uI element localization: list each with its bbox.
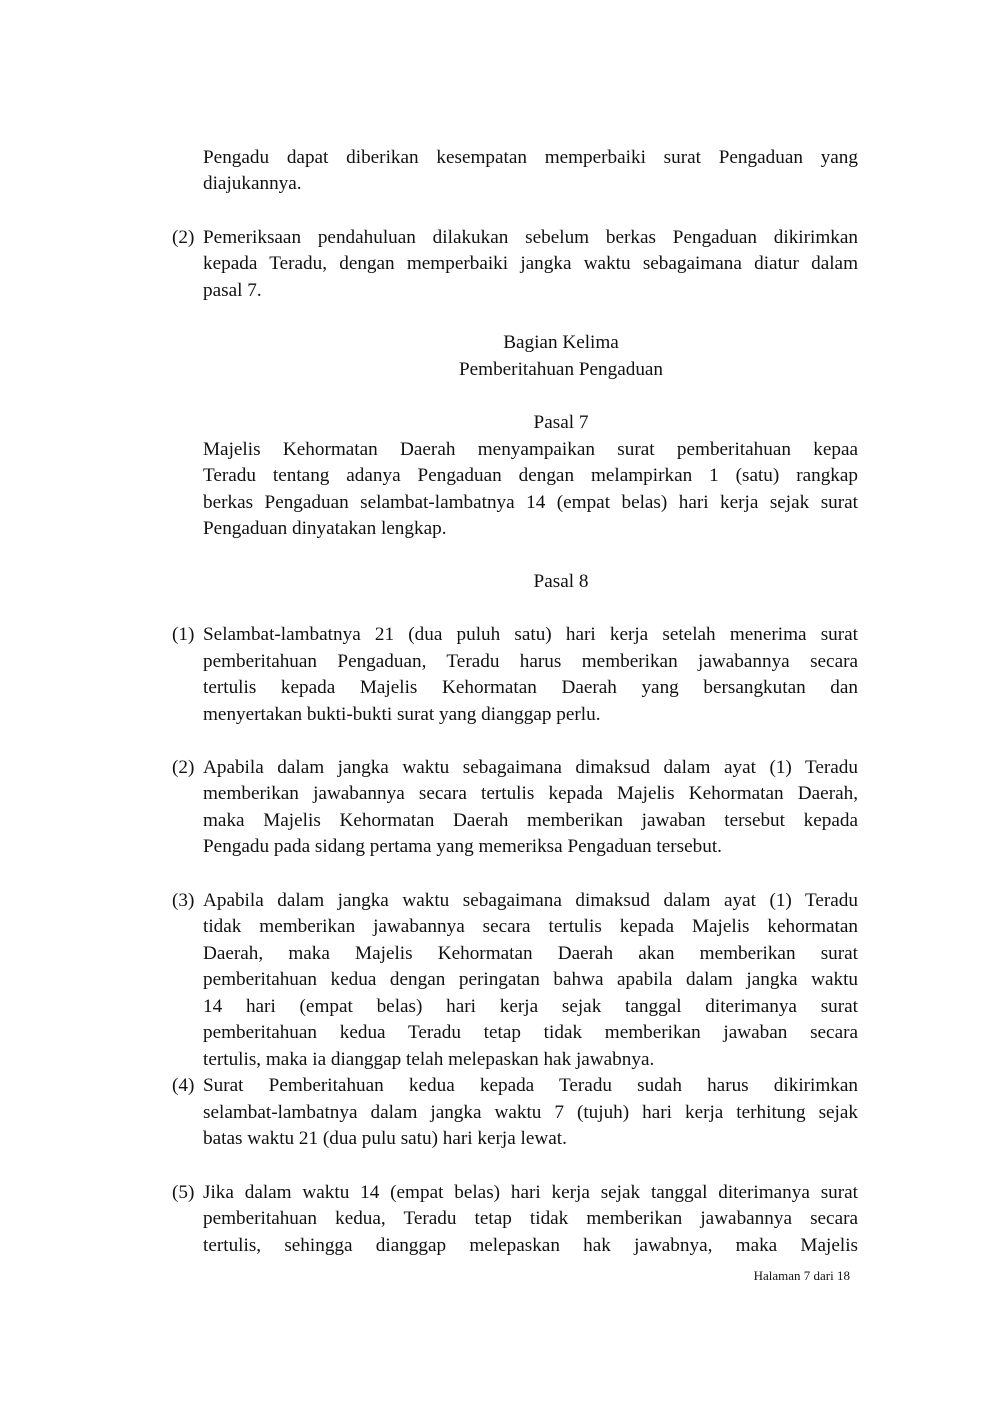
item-number: (2) [172, 755, 194, 782]
paragraph-line: Pengadu dapat diberikan kesempatan mempe… [203, 145, 858, 172]
pasal-8-heading: Pasal 8 [203, 569, 919, 596]
paragraph-line: batas waktu 21 (dua pulu satu) hari kerj… [203, 1126, 567, 1153]
paragraph-line: Apabila dalam jangka waktu sebagaimana d… [203, 888, 858, 915]
paragraph-line: Majelis Kehormatan Daerah menyampaikan s… [203, 437, 858, 464]
paragraph-line: Jika dalam waktu 14 (empat belas) hari k… [203, 1180, 858, 1207]
paragraph-line: maka Majelis Kehormatan Daerah memberika… [203, 808, 858, 835]
paragraph-line: diajukannya. [203, 171, 302, 198]
paragraph-line: Surat Pemberitahuan kedua kepada Teradu … [203, 1073, 858, 1100]
paragraph-line: Teradu tentang adanya Pengaduan dengan m… [203, 463, 858, 490]
item-number: (3) [172, 888, 194, 915]
document-page: Pengadu dapat diberikan kesempatan mempe… [0, 0, 1000, 1415]
paragraph-line: selambat-lambatnya dalam jangka waktu 7 … [203, 1100, 858, 1127]
paragraph-line: memberikan jawabannya secara tertulis ke… [203, 781, 858, 808]
item-number: (1) [172, 622, 194, 649]
paragraph-line: tidak memberikan jawabannya secara tertu… [203, 914, 858, 941]
paragraph-line: Apabila dalam jangka waktu sebagaimana d… [203, 755, 858, 782]
paragraph-line: Selambat-lambatnya 21 (dua puluh satu) h… [203, 622, 858, 649]
paragraph-line: Pengaduan dinyatakan lengkap. [203, 516, 447, 543]
paragraph-line: menyertakan bukti-bukti surat yang diang… [203, 702, 601, 729]
paragraph-line: pemberitahuan kedua dengan peringatan ba… [203, 967, 858, 994]
item-number: (4) [172, 1073, 194, 1100]
paragraph-line: berkas Pengaduan selambat-lambatnya 14 (… [203, 490, 858, 517]
paragraph-line: pemberitahuan kedua Teradu tetap tidak m… [203, 1020, 858, 1047]
item-number: (5) [172, 1180, 194, 1207]
section-part-heading: Bagian Kelima [203, 330, 919, 357]
paragraph-line: kepada Teradu, dengan memperbaiki jangka… [203, 251, 858, 278]
paragraph-line: Pemeriksaan pendahuluan dilakukan sebelu… [203, 225, 858, 252]
paragraph-line: 14 hari (empat belas) hari kerja sejak t… [203, 994, 858, 1021]
item-number: (2) [172, 225, 194, 252]
paragraph-line: tertulis, maka ia dianggap telah melepas… [203, 1047, 654, 1074]
paragraph-line: tertulis kepada Majelis Kehormatan Daera… [203, 675, 858, 702]
page-number-footer: Halaman 7 dari 18 [754, 1267, 850, 1285]
paragraph-line: pasal 7. [203, 278, 262, 305]
pasal-7-heading: Pasal 7 [203, 410, 919, 437]
paragraph-line: pemberitahuan kedua, Teradu tetap tidak … [203, 1206, 858, 1233]
paragraph-line: tertulis, sehingga dianggap melepaskan h… [203, 1233, 858, 1260]
paragraph-line: Daerah, maka Majelis Kehormatan Daerah a… [203, 941, 858, 968]
section-title-heading: Pemberitahuan Pengaduan [203, 357, 919, 384]
paragraph-line: Pengadu pada sidang pertama yang memerik… [203, 834, 722, 861]
paragraph-line: pemberitahuan Pengaduan, Teradu harus me… [203, 649, 858, 676]
